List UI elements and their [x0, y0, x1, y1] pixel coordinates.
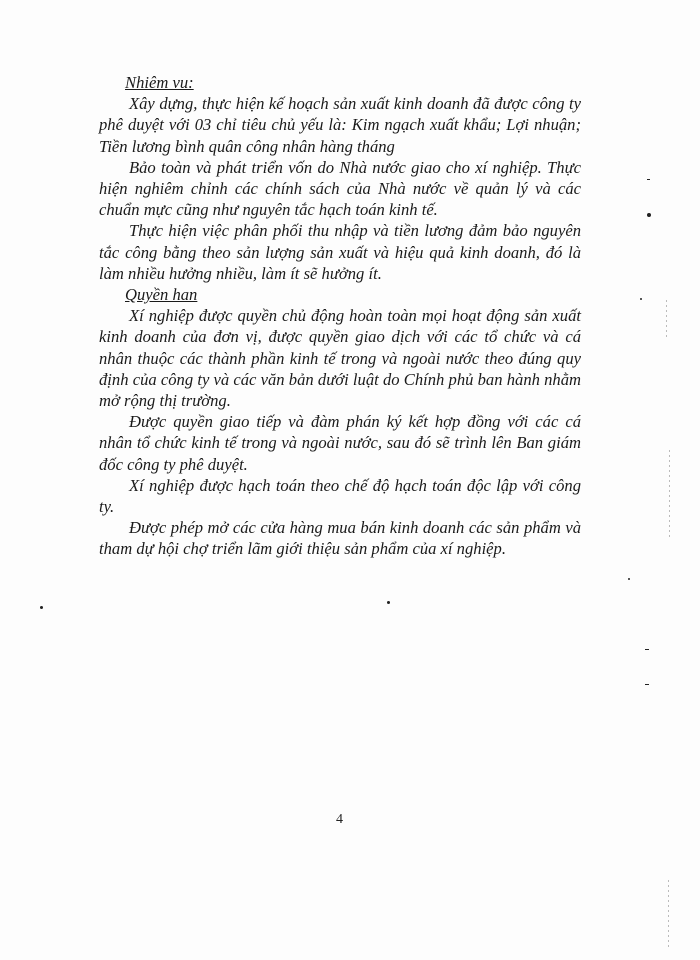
- section-heading-nhiem-vu: Nhiêm vu:: [99, 72, 581, 93]
- scan-speck: [387, 601, 390, 604]
- scan-edge-line: [669, 450, 670, 540]
- scan-speck: [628, 578, 630, 580]
- scan-speck: [640, 298, 642, 300]
- scan-speck: [647, 179, 650, 180]
- section-heading-quyen-han: Quyền han: [99, 284, 581, 305]
- paragraph: Xí nghiệp được hạch toán theo chế độ hạc…: [99, 475, 581, 517]
- paragraph: Thực hiện việc phân phối thu nhập và tiề…: [99, 220, 581, 284]
- page-number: 4: [336, 812, 343, 828]
- document-body: Nhiêm vu: Xây dựng, thực hiện kế hoạch s…: [99, 72, 581, 560]
- scan-edge-line: [666, 300, 667, 340]
- paragraph: Xí nghiệp được quyền chủ động hoàn toàn …: [99, 305, 581, 411]
- document-page: Nhiêm vu: Xây dựng, thực hiện kế hoạch s…: [0, 0, 700, 960]
- scan-speck: [40, 606, 43, 609]
- paragraph: Xây dựng, thực hiện kế hoạch sản xuất ki…: [99, 93, 581, 157]
- scan-edge-line: [668, 880, 669, 950]
- scan-speck: [645, 649, 649, 650]
- paragraph: Được phép mở các cửa hàng mua bán kinh d…: [99, 517, 581, 559]
- scan-speck: [645, 684, 649, 685]
- scan-speck: [647, 213, 651, 217]
- paragraph: Bảo toàn và phát triển vốn do Nhà nước g…: [99, 157, 581, 221]
- paragraph: Được quyền giao tiếp và đàm phán ký kết …: [99, 411, 581, 475]
